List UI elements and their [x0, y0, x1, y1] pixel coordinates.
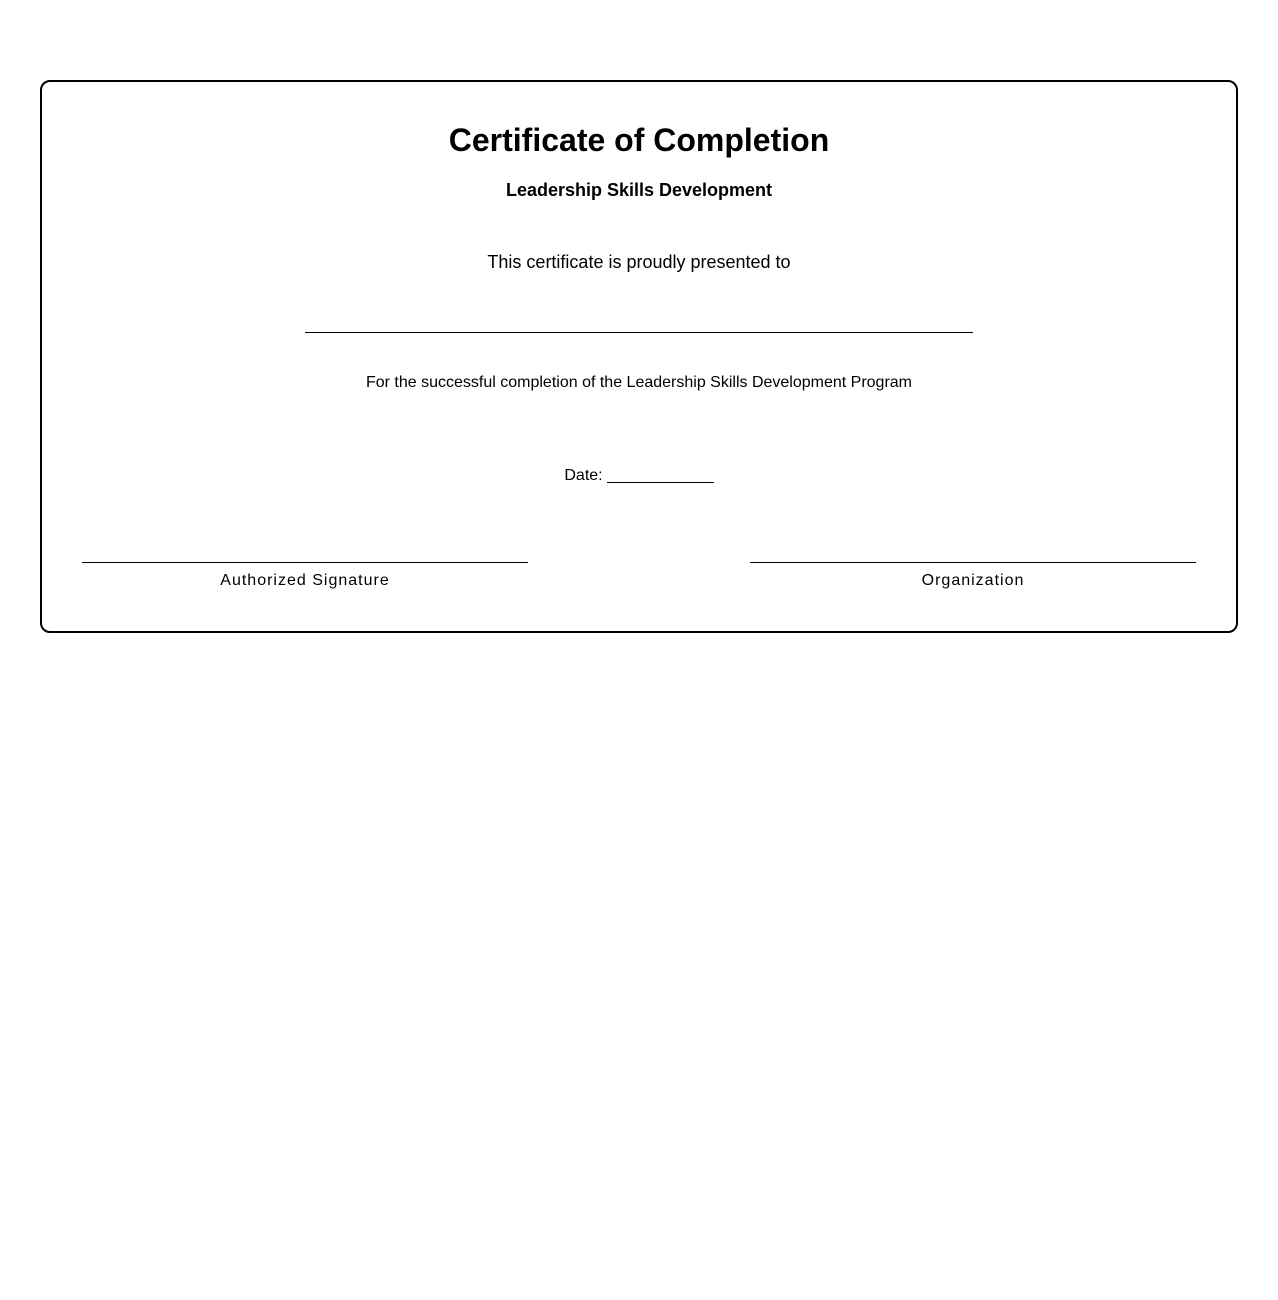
completion-reason-text: For the successful completion of the Lea… [42, 373, 1236, 393]
organization-label: Organization [750, 571, 1196, 591]
certificate-subtitle: Leadership Skills Development [42, 179, 1236, 201]
date-row: Date: [42, 463, 1236, 486]
date-label: Date: [564, 467, 602, 484]
authorized-signature-label: Authorized Signature [82, 571, 528, 591]
date-blank-line [607, 466, 714, 483]
certificate-title: Certificate of Completion [42, 120, 1236, 160]
organization-line [750, 562, 1196, 563]
signature-line [82, 562, 528, 563]
authorized-signature-block: Authorized Signature [82, 562, 528, 591]
presented-to-text: This certificate is proudly presented to [42, 251, 1236, 273]
recipient-name-line [305, 332, 973, 333]
organization-block: Organization [750, 562, 1196, 591]
certificate-card: Certificate of Completion Leadership Ski… [40, 80, 1238, 633]
